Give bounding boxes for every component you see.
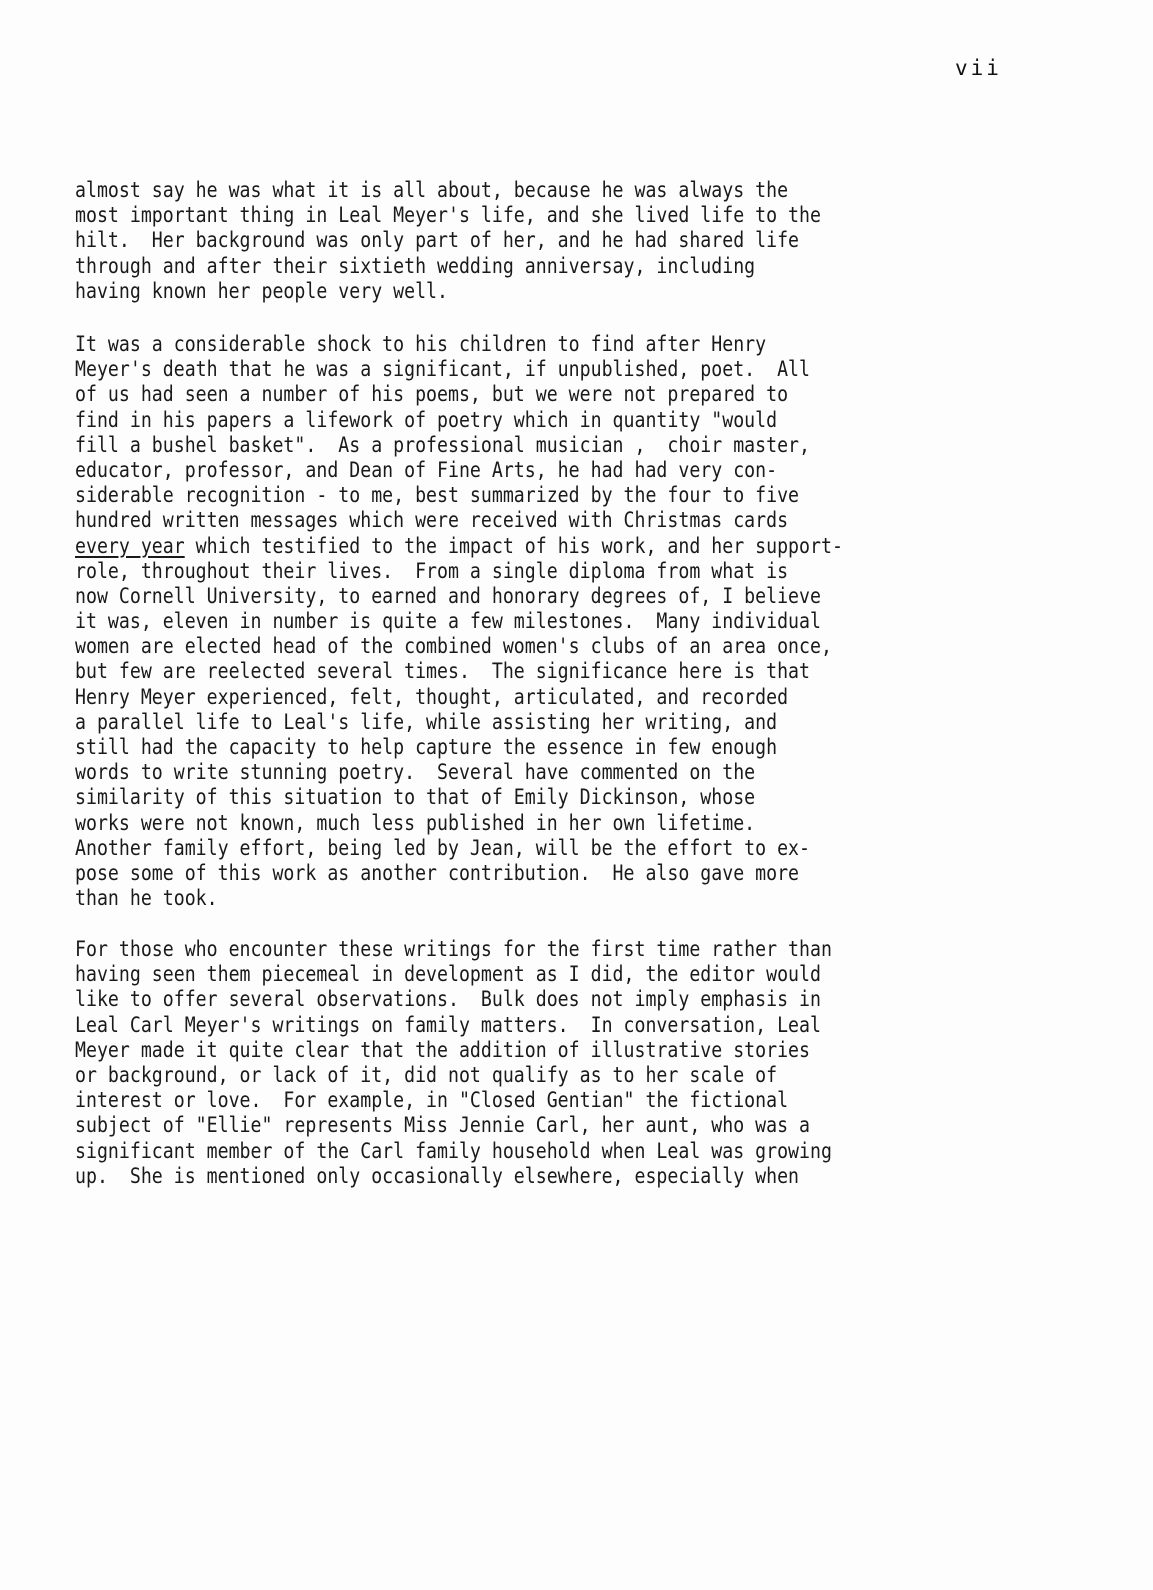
text-line: Another family effort, being led by Jean… <box>75 835 849 860</box>
text-line: every year which testified to the impact… <box>75 533 849 558</box>
text-line: having seen them piecemeal in developmen… <box>75 961 849 986</box>
text-line: Henry Meyer experienced, felt, thought, … <box>75 684 849 709</box>
text-line: educator, professor, and Dean of Fine Ar… <box>75 457 849 482</box>
text-line: significant member of the Carl family ho… <box>75 1138 849 1163</box>
text-line: up. She is mentioned only occasionally e… <box>75 1163 849 1188</box>
text-line: similarity of this situation to that of … <box>75 784 849 809</box>
paragraph-1: almost say he was what it is all about, … <box>75 177 975 303</box>
text-line: now Cornell University, to earned and ho… <box>75 583 849 608</box>
text-line: works were not known, much less publishe… <box>75 810 849 835</box>
text-line: a parallel life to Leal's life, while as… <box>75 709 849 734</box>
text-line: words to write stunning poetry. Several … <box>75 759 849 784</box>
text-line: hundred written messages which were rece… <box>75 507 849 532</box>
text-line: Meyer made it quite clear that the addit… <box>75 1037 849 1062</box>
text-line: like to offer several observations. Bulk… <box>75 986 849 1011</box>
text-line: almost say he was what it is all about, … <box>75 177 849 202</box>
text-line: It was a considerable shock to his child… <box>75 331 849 356</box>
text-line: most important thing in Leal Meyer's lif… <box>75 202 849 227</box>
text-line: role, throughout their lives. From a sin… <box>75 558 849 583</box>
text-line: hilt. Her background was only part of he… <box>75 227 849 252</box>
text-line: Meyer's death that he was a significant,… <box>75 356 849 381</box>
text-line: having known her people very well. <box>75 278 849 303</box>
text-line: subject of "Ellie" represents Miss Jenni… <box>75 1112 849 1137</box>
document-page: vii almost say he was what it is all abo… <box>0 0 1153 1590</box>
text-line: of us had seen a number of his poems, bu… <box>75 381 849 406</box>
text-line: interest or love. For example, in "Close… <box>75 1087 849 1112</box>
text-line: pose some of this work as another contri… <box>75 860 849 885</box>
page-number: vii <box>955 56 1002 80</box>
text-line: For those who encounter these writings f… <box>75 936 849 961</box>
text-line: fill a bushel basket". As a professional… <box>75 432 849 457</box>
text-line: find in his papers a lifework of poetry … <box>75 407 849 432</box>
text-line: through and after their sixtieth wedding… <box>75 253 849 278</box>
paragraph-2: It was a considerable shock to his child… <box>75 331 975 910</box>
text-line: siderable recognition - to me, best summ… <box>75 482 849 507</box>
text-line: still had the capacity to help capture t… <box>75 734 849 759</box>
text-line: or background, or lack of it, did not qu… <box>75 1062 849 1087</box>
text-line: than he took. <box>75 885 849 910</box>
text-line: Leal Carl Meyer's writings on family mat… <box>75 1012 849 1037</box>
text-line: women are elected head of the combined w… <box>75 633 849 658</box>
underlined-text: every year <box>75 533 185 558</box>
paragraph-3: For those who encounter these writings f… <box>75 936 975 1188</box>
text-line: but few are reelected several times. The… <box>75 658 849 683</box>
text-line: it was, eleven in number is quite a few … <box>75 608 849 633</box>
